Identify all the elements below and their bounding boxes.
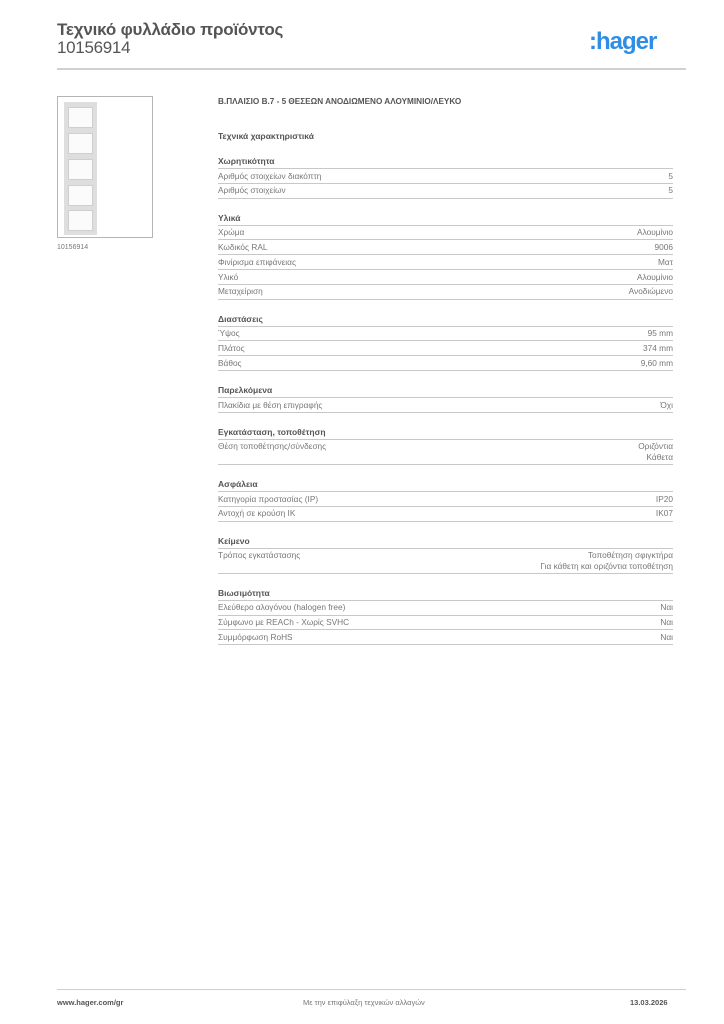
spec-value: 5 — [668, 171, 673, 181]
section-title: Εγκατάσταση, τοποθέτηση — [218, 427, 673, 440]
frame-slot — [68, 159, 93, 180]
spec-label: Αριθμός στοιχείων — [218, 185, 286, 195]
section-title: Χωρητικότητα — [218, 156, 673, 169]
spec-label: Πλάτος — [218, 343, 245, 353]
section-title: Υλικά — [218, 213, 673, 226]
spec-value: IK07 — [656, 508, 673, 518]
spec-row: Σύμφωνο με REACh - Χωρίς SVHCΝαι — [218, 616, 673, 631]
spec-label: Κωδικός RAL — [218, 242, 267, 252]
spec-value: Ανοδιώμενο — [629, 286, 673, 296]
spec-row: Συμμόρφωση RoHSΝαι — [218, 630, 673, 645]
spec-value: Ναι — [660, 632, 673, 642]
spec-label: Βάθος — [218, 358, 242, 368]
spec-value: Ματ — [658, 257, 673, 267]
spec-row: Τρόπος εγκατάστασηςΤοποθέτηση σφιγκτήρα … — [218, 549, 673, 574]
frame-illustration — [64, 102, 97, 235]
spec-label: Τρόπος εγκατάστασης — [218, 550, 300, 571]
spec-row: Φινίρισμα επιφάνειαςΜατ — [218, 255, 673, 270]
spec-sections: ΧωρητικότηταΑριθμός στοιχείων διακόπτη5Α… — [218, 156, 673, 645]
spec-label: Κατηγορία προστασίας (IP) — [218, 494, 318, 504]
spec-value: IP20 — [656, 494, 673, 504]
section-title: Διαστάσεις — [218, 314, 673, 327]
section-title: Βιωσιμότητα — [218, 588, 673, 601]
spec-row: Ελεύθερο αλογόνου (halogen free)Ναι — [218, 601, 673, 616]
hager-logo: :hager — [589, 28, 656, 56]
spec-value: 9006 — [655, 242, 673, 252]
spec-value: Αλουμίνιο — [637, 227, 673, 237]
footer-date: 13.03.2026 — [630, 998, 668, 1007]
spec-value: Αλουμίνιο — [637, 272, 673, 282]
spec-row: Αριθμός στοιχείων διακόπτη5 — [218, 169, 673, 184]
frame-slot — [68, 107, 93, 128]
spec-label: Υλικό — [218, 272, 238, 282]
spec-row: Κατηγορία προστασίας (IP)IP20 — [218, 492, 673, 507]
spec-row: ΧρώμαΑλουμίνιο — [218, 226, 673, 241]
spec-label: Αντοχή σε κρούση IK — [218, 508, 295, 518]
spec-label: Μεταχείριση — [218, 286, 263, 296]
spec-section: ΒιωσιμότηταΕλεύθερο αλογόνου (halogen fr… — [218, 588, 673, 645]
product-name: Β.ΠΛΑΙΣΙΟ Β.7 - 5 ΘΕΣΕΩΝ ΑΝΟΔΙΩΜΕΝΟ ΑΛΟΥ… — [218, 97, 673, 108]
footer-notice: Με την επιφύλαξη τεχνικών αλλαγών — [303, 998, 425, 1007]
spec-section: ΧωρητικότηταΑριθμός στοιχείων διακόπτη5Α… — [218, 156, 673, 199]
spec-value: 95 mm — [648, 328, 673, 338]
spec-value: Όχι — [660, 400, 673, 410]
spec-row: Ύψος95 mm — [218, 327, 673, 342]
spec-label: Σύμφωνο με REACh - Χωρίς SVHC — [218, 617, 349, 627]
spec-section: ΚείμενοΤρόπος εγκατάστασηςΤοποθέτηση σφι… — [218, 536, 673, 574]
spec-row: Κωδικός RAL9006 — [218, 240, 673, 255]
spec-section: ΔιαστάσειςΎψος95 mmΠλάτος374 mmΒάθος9,60… — [218, 314, 673, 371]
spec-section: Εγκατάσταση, τοποθέτησηΘέση τοποθέτησης/… — [218, 427, 673, 465]
spec-label: Πλακίδια με θέση επιγραφής — [218, 400, 322, 410]
spec-section: ΑσφάλειαΚατηγορία προστασίας (IP)IP20Αντ… — [218, 479, 673, 522]
spec-row: Θέση τοποθέτησης/σύνδεσηςΟριζόντια Κάθετ… — [218, 440, 673, 465]
spec-row: ΥλικόΑλουμίνιο — [218, 270, 673, 285]
spec-content: Β.ΠΛΑΙΣΙΟ Β.7 - 5 ΘΕΣΕΩΝ ΑΝΟΔΙΩΜΕΝΟ ΑΛΟΥ… — [218, 97, 673, 645]
product-code: 10156914 — [57, 38, 130, 58]
spec-label: Αριθμός στοιχείων διακόπτη — [218, 171, 321, 181]
spec-label: Ελεύθερο αλογόνου (halogen free) — [218, 602, 345, 612]
spec-label: Φινίρισμα επιφάνειας — [218, 257, 296, 267]
spec-row: Πλακίδια με θέση επιγραφήςΌχι — [218, 398, 673, 413]
footer-divider — [57, 989, 686, 990]
spec-value: Ναι — [660, 617, 673, 627]
document-title: Τεχνικό φυλλάδιο προϊόντος — [57, 20, 283, 40]
spec-label: Συμμόρφωση RoHS — [218, 632, 293, 642]
header-divider — [57, 68, 686, 70]
spec-value: 5 — [668, 185, 673, 195]
spec-value: 374 mm — [643, 343, 673, 353]
spec-value: 9,60 mm — [641, 358, 673, 368]
spec-row: Βάθος9,60 mm — [218, 356, 673, 371]
frame-slot — [68, 185, 93, 206]
tech-specs-heading: Τεχνικά χαρακτηριστικά — [218, 131, 673, 143]
spec-row: ΜεταχείρισηΑνοδιώμενο — [218, 285, 673, 300]
spec-row: Αριθμός στοιχείων5 — [218, 184, 673, 199]
section-title: Ασφάλεια — [218, 479, 673, 492]
spec-label: Χρώμα — [218, 227, 244, 237]
spec-value: Ναι — [660, 602, 673, 612]
spec-section: ΥλικάΧρώμαΑλουμίνιοΚωδικός RAL9006Φινίρι… — [218, 213, 673, 300]
spec-label: Θέση τοποθέτησης/σύνδεσης — [218, 441, 326, 462]
section-title: Παρελκόμενα — [218, 385, 673, 398]
section-title: Κείμενο — [218, 536, 673, 549]
spec-value: Οριζόντια Κάθετα — [638, 441, 673, 462]
spec-section: ΠαρελκόμεναΠλακίδια με θέση επιγραφήςΌχι — [218, 385, 673, 413]
frame-slot — [68, 210, 93, 231]
footer-website-link[interactable]: www.hager.com/gr — [57, 998, 123, 1007]
product-image — [57, 96, 153, 238]
spec-label: Ύψος — [218, 328, 240, 338]
frame-slot — [68, 133, 93, 154]
spec-row: Πλάτος374 mm — [218, 341, 673, 356]
spec-value: Τοποθέτηση σφιγκτήρα Για κάθετη και οριζ… — [540, 550, 673, 571]
product-image-caption: 10156914 — [57, 244, 88, 251]
spec-row: Αντοχή σε κρούση IKIK07 — [218, 507, 673, 522]
